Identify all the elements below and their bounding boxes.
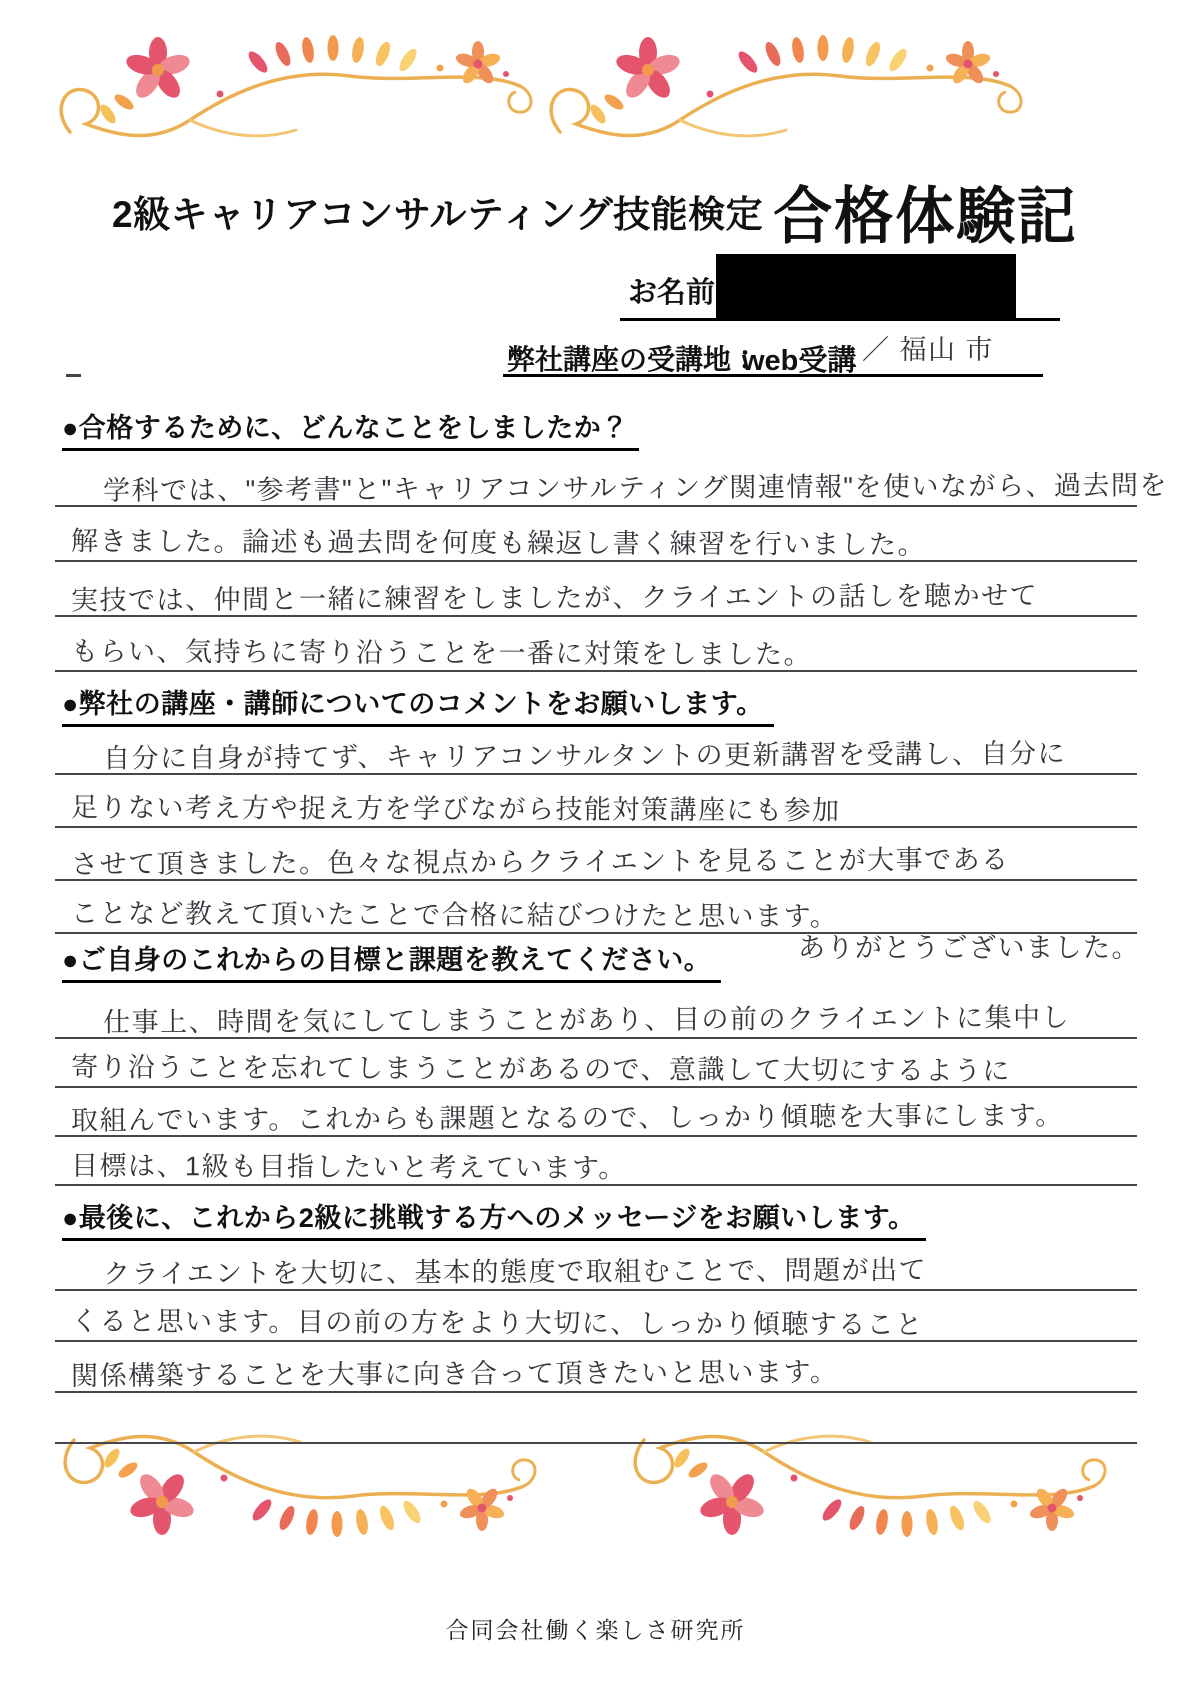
answer-line: させて頂きました。色々な視点からクライエントを見ることが大事である [55,828,1137,881]
answer-line: 関係構築することを大事に向き合って頂きたいと思います。 [55,1342,1137,1393]
section-3-answer: 仕事上、時間を気にしてしまうことがあり、目の前のクライエントに集中し 寄り沿うこ… [55,990,1137,1186]
section-2-heading: ●弊社の講座・講師についてのコメントをお願いします。 [62,682,774,727]
floral-ornament-top-right [548,24,1038,174]
testimonial-page: 2級キャリアコンサルティング技能検定 合格体験記 お名前： 弊社講座の受講地： … [0,0,1191,1684]
section-3-heading: ●ご自身のこれからの目標と課題を教えてください。 [62,938,721,983]
section-4-heading: ●最後に、これから2級に挑戦する方へのメッセージをお願いします。 [62,1196,926,1241]
answer-line-empty [55,1393,1137,1444]
stray-dash-mark [66,374,81,377]
title-exam-name: 2級キャリアコンサルティング技能検定 [112,184,763,238]
answer-line: 解きました。論述も過去問を何度も繰返し書く練習を行いました。 [55,507,1137,562]
name-redaction-box [716,254,1016,318]
location-web-value: web受講 [742,338,856,379]
answer-line: 実技では、仲間と一緒に練習をしましたが、クライエントの話しを聴かせて [55,562,1137,617]
section-4-answer: クライエントを大切に、基本的態度で取組むことで、問題が出て くると思います。目の… [55,1240,1137,1444]
location-label: 弊社講座の受講地： [507,338,759,378]
answer-line: 取組んでいます。これからも課題となるので、しっかり傾聴を大事にします。 [55,1088,1137,1137]
location-city-handwritten: ／ 福山 市 [862,328,994,367]
title-main: 合格体験記 [773,166,1078,255]
name-underline [620,318,1060,321]
answer-line: クライエントを大切に、基本的態度で取組むことで、問題が出て [55,1240,1137,1291]
answer-line: 目標は、1級も目指したいと考えています。 [55,1137,1137,1186]
section-1-answer: 学科では、"参考書"と"キャリアコンサルティング関連情報"を使いながら、過去問を… [55,452,1137,672]
section-1-heading: ●合格するために、どんなことをしましたか？ [62,406,639,451]
answer-line: もらい、気持ちに寄り沿うことを一番に対策をしました。 [55,617,1137,672]
section-2-answer: 自分に自身が持てず、キャリアコンサルタントの更新講習を受講し、自分に 足りない考… [55,722,1137,934]
answer-line: 仕事上、時間を気にしてしまうことがあり、目の前のクライエントに集中し [55,990,1137,1039]
company-name: 合同会社働く楽しさ研究所 [0,1612,1191,1645]
answer-line: 足りない考え方や捉え方を学びながら技能対策講座にも参加 [55,775,1137,828]
answer-line: 自分に自身が持てず、キャリアコンサルタントの更新講習を受講し、自分に [55,722,1137,775]
answer-line: くると思います。目の前の方をより大切に、しっかり傾聴すること [55,1291,1137,1342]
answer-line: 学科では、"参考書"と"キャリアコンサルティング関連情報"を使いながら、過去問を [55,452,1137,507]
location-underline [503,374,1043,377]
floral-ornament-top-left [58,24,548,174]
page-title: 2級キャリアコンサルティング技能検定 合格体験記 [112,168,1102,253]
thank-you-note: ありがとうございました。 [798,926,1140,965]
answer-line: 寄り沿うことを忘れてしまうことがあるので、意識して大切にするように [55,1039,1137,1088]
